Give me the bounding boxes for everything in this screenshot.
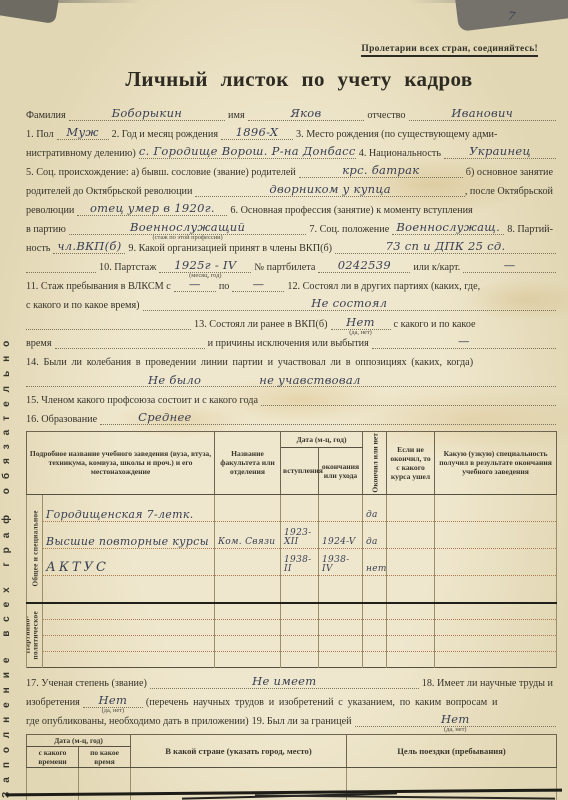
- abroad-value: Нет: [441, 713, 470, 725]
- edu-cell-specialty: [435, 651, 557, 667]
- handwritten-page-number: 7: [508, 10, 517, 23]
- edu-header-faculty: Название факультета или отделения: [215, 432, 281, 495]
- vlksm-from-value: —: [189, 278, 201, 290]
- travel-header-row-1: Дата (м-ц, год) В какой стране (указать …: [27, 734, 557, 746]
- edu-cell-institution: АКТУС: [43, 548, 215, 575]
- edu-cell-left-course: [387, 651, 435, 667]
- prevvkp-time-blank: [55, 348, 205, 349]
- line-party: ность чл.ВКП(б) 9. Какой организацией пр…: [26, 235, 556, 254]
- kkart-blank: —: [463, 259, 556, 273]
- sex-label: 1. Пол: [26, 129, 57, 140]
- edu-header-specialty: Какую (узкую) специальность получил в ре…: [435, 432, 557, 495]
- travel-header-from: с какого времени: [27, 746, 79, 768]
- edu-cell-faculty: Ком. Связи: [215, 521, 281, 548]
- parents-after-label-2: революции: [26, 205, 77, 216]
- edu-cell-date-start: [281, 619, 319, 635]
- edu-cell-date-end: [319, 603, 363, 620]
- page-title: Личный листок по учету кадров: [30, 67, 568, 92]
- oscillation-label: 14. Были ли колебания в проведении линии…: [26, 357, 476, 368]
- vlksm-po-label: по: [216, 281, 233, 292]
- edu-header-date-end: окончания или ухода: [319, 448, 363, 495]
- vlksm-label: 11. Стаж пребывания в ВЛКСМ с: [26, 281, 174, 292]
- profession-blank: Военнослужащий(стаж по этой профессии): [69, 221, 307, 235]
- nationality-label: 4. Национальность: [356, 148, 444, 159]
- prevvkp-reason-value: —: [458, 335, 470, 347]
- edu-cell-specialty: [435, 575, 557, 603]
- profession-value: Военнослужащий: [130, 221, 245, 233]
- name-blank: Яков: [248, 107, 365, 121]
- travel-header-to: по какое время: [79, 746, 131, 768]
- edu-cell-date-start: [281, 603, 319, 620]
- surname-value: Боборыкин: [112, 107, 183, 119]
- name-label: имя: [225, 110, 248, 121]
- works-blank: Нет(да, нет): [83, 694, 143, 708]
- edu-cell-specialty: [435, 619, 557, 635]
- edu-row: Общее и специальное Городищенская 7-летк…: [27, 494, 557, 521]
- line-surname: Фамилия Боборыкин имя Яков отчество Иван…: [26, 102, 556, 121]
- line-otherparties: с какого и по какое время) Не состоял: [26, 292, 556, 311]
- edu-cell-faculty: [215, 548, 281, 575]
- edu-row: Партийно-политическое: [27, 603, 557, 620]
- parents-before-blank: дворником у купца: [195, 183, 464, 197]
- line-vlksm: 11. Стаж пребывания в ВЛКСМ с — по — 12.…: [26, 273, 556, 292]
- ticket-value: 0242539: [338, 259, 391, 271]
- origin-label: 5. Соц. происхождение: а) бывш. сословие…: [26, 167, 299, 178]
- edu-cell-institution: Городищенская 7-летк.: [43, 494, 215, 521]
- profession-label-2: в партию: [26, 224, 69, 235]
- sex-value: Муж: [66, 126, 98, 138]
- patronymic-label: отчество: [364, 110, 408, 121]
- lead-filler-2: [26, 329, 191, 330]
- stazh-value: 1925г - IV: [174, 259, 236, 271]
- line-prevvkp: 13. Состоял ли ранее в ВКП(б) Нет(да, не…: [26, 311, 556, 330]
- edu-cell-date-start: [281, 651, 319, 667]
- edu-row: АКТУС 1938-II 1938-IV нет.: [27, 548, 557, 575]
- edu-cell-left-course: [387, 575, 435, 603]
- prevvkp-value: Нет: [346, 316, 375, 328]
- travel-header-purpose: Цель поездки (пребывания): [347, 734, 557, 768]
- vlksm-to-value: —: [252, 278, 264, 290]
- edu-cell-date-start: [281, 494, 319, 521]
- edu-cell-specialty: [435, 494, 557, 521]
- otherparties-label-2: с какого и по какое время): [26, 300, 143, 311]
- line-union: 15. Членом какого профсоюза состоит и с …: [26, 387, 556, 406]
- edu-cell-institution: [43, 575, 215, 603]
- edu-header-date: Дата (м-ц, год): [281, 432, 363, 448]
- social-value: Военнослужащ.: [396, 221, 500, 233]
- works-label-3: (перечень научных трудов и изобретений с…: [143, 697, 501, 708]
- patronymic-value: Иванович: [451, 107, 513, 119]
- line-oscillation-value: Не было не учавствовал: [26, 368, 556, 387]
- edu-cell-institution: [43, 651, 215, 667]
- edu-cell-left-course: [387, 521, 435, 548]
- edu-cell-institution: [43, 603, 215, 620]
- edu-cell-finished: [363, 635, 387, 651]
- edu-cell-date-end: [319, 575, 363, 603]
- ticket-blank: 0242539: [318, 259, 410, 273]
- origin-blank: крс. батрак: [299, 164, 463, 178]
- abroad-subnote: (да, нет): [444, 726, 467, 733]
- edu-row: [27, 575, 557, 603]
- edu-cell-date-end: [319, 635, 363, 651]
- name-value: Яков: [291, 107, 322, 119]
- line-parents-before: родителей до Октябрьской революции дворн…: [26, 178, 556, 197]
- edu-row: Высшие повторные курсы Ком. Связи 1923-X…: [27, 521, 557, 548]
- edu-cell-date-start: [281, 575, 319, 603]
- edu-row: [27, 619, 557, 635]
- party-label-2: ность: [26, 243, 53, 254]
- edu-group-label-party: Партийно-политическое: [27, 603, 43, 668]
- line-sex-birth: 1. Пол Муж 2. Год и месяц рождения 1896-…: [26, 121, 556, 140]
- edu-row: [27, 651, 557, 667]
- birthplace-label-1: 3. Место рождения (по существующему адми…: [293, 129, 500, 140]
- edu-cell-specialty: [435, 548, 557, 575]
- slogan-text: Пролетарии всех стран, соединяйтесь!: [361, 44, 538, 57]
- party-value: чл.ВКП(б): [57, 240, 121, 252]
- education-value: Среднее: [138, 411, 192, 423]
- prevvkp-label-4: и причины исключения или выбытия: [205, 338, 372, 349]
- edu-header-date-start: вступления: [281, 448, 319, 495]
- line-origin: 5. Соц. происхождение: а) бывш. сословие…: [26, 159, 556, 178]
- line-prevvkp-reason: время и причины исключения или выбытия —: [26, 330, 556, 349]
- vlksm-to-blank: —: [232, 278, 284, 292]
- abroad-blank: Нет(да, нет): [355, 713, 556, 727]
- works-subnote: (да, нет): [102, 707, 125, 714]
- otherparties-blank: Не состоял: [143, 297, 556, 311]
- edu-cell-faculty: [215, 603, 281, 620]
- edu-header-row-1: Подробное название учебного заведения (в…: [27, 432, 557, 448]
- parents-before-label: родителей до Октябрьской революции: [26, 186, 195, 197]
- education-label: 16. Образование: [26, 414, 100, 425]
- birthplace-value: с. Городище Ворош. Р-на Донбасс: [139, 145, 356, 157]
- edu-cell-date-end: [319, 651, 363, 667]
- edu-header-institution: Подробное название учебного заведения (в…: [27, 432, 215, 495]
- edu-cell-left-course: [387, 548, 435, 575]
- works-value: Нет: [99, 694, 128, 706]
- profession-label-1: 6. Основная профессия (занятие) к момент…: [227, 205, 475, 216]
- origin-value: крс. батрак: [342, 164, 419, 176]
- parents-before-value: дворником у купца: [269, 183, 390, 195]
- org-blank: 73 сп и ДПК 25 сд.: [335, 240, 556, 254]
- edu-cell-institution: [43, 619, 215, 635]
- left-margin-note: Заполнение всех граф обязательно: [1, 138, 12, 798]
- edu-cell-specialty: [435, 635, 557, 651]
- nationality-value: Украинец: [469, 145, 531, 157]
- union-blank: [261, 405, 556, 406]
- degree-blank: Не имеет: [150, 675, 419, 689]
- prevvkp-label-3: время: [26, 338, 55, 349]
- stazh-label: 10. Партстаж: [96, 262, 159, 273]
- birthplace-blank: с. Городище Ворош. Р-на Донбасс: [139, 145, 356, 159]
- line-profession: в партию Военнослужащий(стаж по этой про…: [26, 216, 556, 235]
- edu-cell-institution: Высшие повторные курсы: [43, 521, 215, 548]
- birthdate-value: 1896-X: [236, 126, 279, 138]
- edu-cell-finished: [363, 619, 387, 635]
- edu-cell-finished: нет.: [363, 548, 387, 575]
- surname-blank: Боборыкин: [69, 107, 225, 121]
- edu-cell-faculty: [215, 619, 281, 635]
- prevvkp-reason-blank: —: [372, 335, 556, 349]
- surname-label: Фамилия: [26, 110, 69, 121]
- ticket-label: № партбилета: [251, 262, 318, 273]
- party-label-1: 8. Партий-: [504, 224, 556, 235]
- edu-cell-date-end: [319, 619, 363, 635]
- education-table: Подробное название учебного заведения (в…: [26, 431, 557, 668]
- education-blank: Среднее: [100, 411, 556, 425]
- edu-cell-faculty: [215, 575, 281, 603]
- kkart-value: —: [504, 259, 516, 271]
- prevvkp-blank: Нет(да, нет): [331, 316, 391, 330]
- degree-value: Не имеет: [252, 675, 316, 687]
- prevvkp-subnote: (да, нет): [349, 329, 372, 336]
- birthdate-blank: 1896-X: [221, 126, 293, 140]
- line-education: 16. Образование Среднее: [26, 406, 556, 425]
- edu-cell-left-course: [387, 635, 435, 651]
- patronymic-blank: Иванович: [409, 107, 556, 121]
- oscillation-value-1: Не было: [148, 374, 201, 386]
- union-label: 15. Членом какого профсоюза состоит и с …: [26, 395, 261, 406]
- edu-cell-date-start: 1923-XII: [281, 521, 319, 548]
- form-body-bottom: 17. Ученая степень (звание) Не имеет 18.…: [0, 670, 568, 727]
- edu-cell-date-start: 1938-II: [281, 548, 319, 575]
- edu-group-label-general: Общее и специальное: [27, 494, 43, 603]
- kkart-label: или к/карт.: [410, 262, 463, 273]
- edu-cell-specialty: [435, 521, 557, 548]
- oscillation-value-2: не учавствовал: [259, 374, 360, 386]
- edu-cell-left-course: [387, 494, 435, 521]
- form-body: Фамилия Боборыкин имя Яков отчество Иван…: [0, 102, 568, 425]
- profession-subnote: (стаж по этой профессии): [153, 234, 223, 241]
- otherparties-label-1: 12. Состоял ли в других партиях (каких, …: [284, 281, 483, 292]
- line-oscillation-label: 14. Были ли колебания в проведении линии…: [26, 349, 556, 368]
- abroad-label: 19. Был ли за границей: [252, 716, 355, 727]
- line-birthplace: нистративному делению) с. Городище Ворош…: [26, 140, 556, 159]
- travel-header-country: В какой стране (указать город, место): [131, 734, 347, 768]
- works-label-4: где опубликованы, необходимо дать в прил…: [26, 716, 252, 727]
- social-label: 7. Соц. положение: [306, 224, 392, 235]
- degree-label: 17. Ученая степень (звание): [26, 678, 150, 689]
- birthplace-label-2: нистративному делению): [26, 148, 139, 159]
- edu-header-not-finished: Если не окончил, то с какого курса ушел: [387, 432, 435, 495]
- scan-artifact-top-edge: [0, 0, 568, 3]
- vlksm-from-blank: —: [174, 278, 216, 292]
- edu-header-finished: Окончил или нет: [363, 432, 387, 495]
- social-blank: Военнослужащ.: [392, 221, 504, 235]
- edu-cell-date-start: [281, 635, 319, 651]
- edu-cell-finished: [363, 603, 387, 620]
- scanned-personnel-form: 7 Пролетарии всех стран, соединяйтесь! Л…: [0, 0, 568, 800]
- line-stazh: 10. Партстаж 1925г - IV(месяц, год) № па…: [26, 254, 556, 273]
- travel-header-date: Дата (м-ц, год): [27, 734, 131, 746]
- edu-cell-date-end: 1924-V: [319, 521, 363, 548]
- org-label: 9. Какой организацией принят в члены ВКП…: [125, 243, 335, 254]
- parents-after-value: отец умер в 1920г.: [90, 202, 215, 214]
- oscillation-blank: Не было не учавствовал: [26, 374, 556, 387]
- sex-blank: Муж: [57, 126, 109, 140]
- stazh-blank: 1925г - IV(месяц, год): [159, 259, 251, 273]
- parents-after-label-1: , после Октябрьской: [465, 186, 556, 197]
- line-parents-after: революции отец умер в 1920г. 6. Основная…: [26, 197, 556, 216]
- edu-cell-faculty: [215, 651, 281, 667]
- origin-label-2: б) основное занятие: [463, 167, 556, 178]
- edu-cell-institution: [43, 635, 215, 651]
- edu-cell-date-end: 1938-IV: [319, 548, 363, 575]
- line-degree: 17. Ученая степень (звание) Не имеет 18.…: [26, 670, 556, 689]
- edu-row: [27, 635, 557, 651]
- otherparties-value: Не состоял: [311, 297, 387, 309]
- prevvkp-label: 13. Состоял ли ранее в ВКП(б): [191, 319, 331, 330]
- line-works: изобретения Нет(да, нет) (перечень научн…: [26, 689, 556, 708]
- edu-cell-left-course: [387, 619, 435, 635]
- edu-cell-specialty: [435, 603, 557, 620]
- edu-cell-finished: [363, 575, 387, 603]
- edu-cell-date-end: [319, 494, 363, 521]
- edu-cell-finished: [363, 651, 387, 667]
- edu-cell-finished: да: [363, 494, 387, 521]
- edu-cell-left-course: [387, 603, 435, 620]
- parents-after-blank: отец умер в 1920г.: [77, 202, 227, 216]
- works-label-2: изобретения: [26, 697, 83, 708]
- lead-filler: [26, 272, 96, 273]
- edu-cell-faculty: [215, 635, 281, 651]
- org-value: 73 сп и ДПК 25 сд.: [386, 240, 506, 252]
- works-label-1: 18. Имеет ли научные труды и: [419, 678, 556, 689]
- birthdate-label: 2. Год и месяц рождения: [109, 129, 221, 140]
- edu-cell-finished: да: [363, 521, 387, 548]
- nationality-blank: Украинец: [444, 145, 556, 159]
- edu-cell-faculty: [215, 494, 281, 521]
- party-blank: чл.ВКП(б): [53, 240, 125, 254]
- prevvkp-label-2: с какого и по какое: [391, 319, 479, 330]
